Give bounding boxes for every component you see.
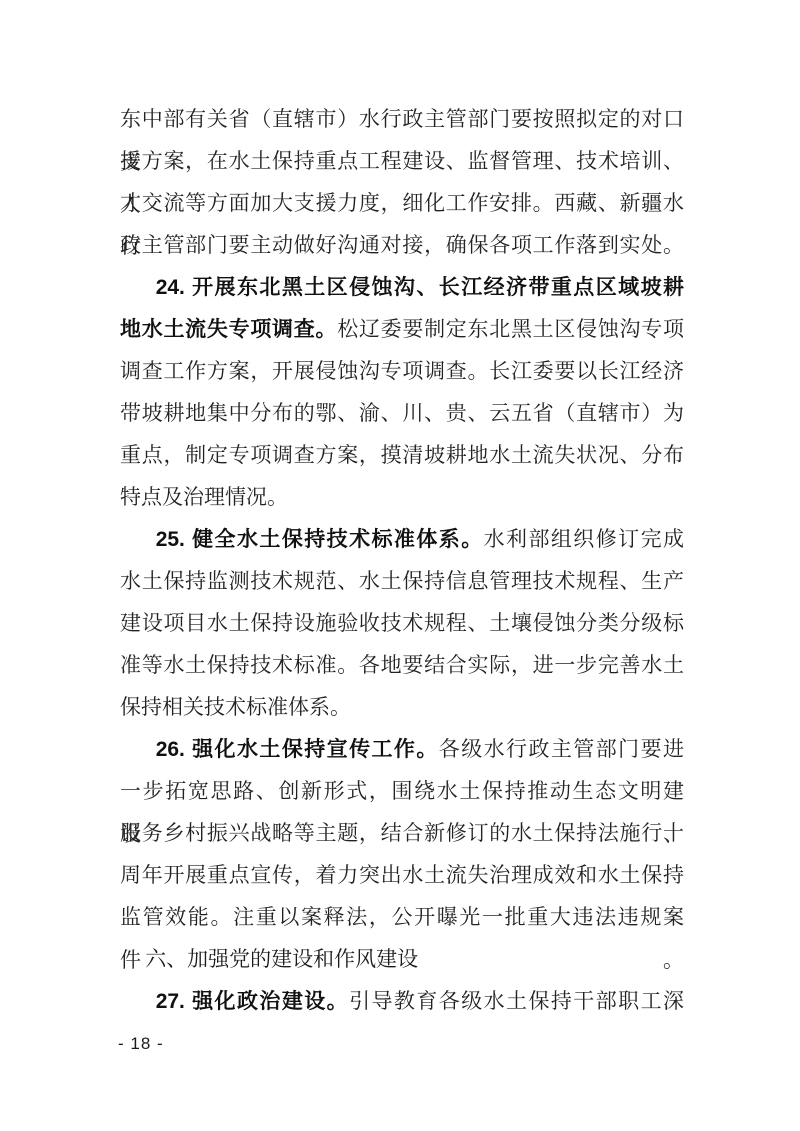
text-line: 一步拓宽思路、创新形式，围绕水土保持推动生态文明建设、 (120, 770, 684, 812)
text-line: 才交流等方面加大支援力度，细化工作安排。西藏、新疆水行 (120, 182, 684, 224)
line-text: 六、加强党的建设和作风建设 (145, 947, 418, 971)
text-line: 水土保持监测技术规范、水土保持信息管理技术规程、生产 (120, 560, 684, 602)
line-text: 重点，制定专项调查方案，摸清坡耕地水土流失状况、分布 (120, 443, 684, 467)
text-line: 东中部有关省（直辖市）水行政主管部门要按照拟定的对口支 (120, 98, 684, 140)
line-text: 保持相关技术标准体系。 (120, 695, 351, 719)
line-text: 引导教育各级水土保持干部职工深 (349, 989, 684, 1013)
line-text: 服务乡村振兴战略等主题，结合新修订的水土保持法施行十 (120, 821, 684, 845)
text-line: 带坡耕地集中分布的鄂、渝、川、贵、云五省（直辖市）为 (120, 392, 684, 434)
line-text: 调查工作方案，开展侵蚀沟专项调查。长江委要以长江经济 (120, 359, 684, 383)
line-text: 水土保持监测技术规范、水土保持信息管理技术规程、生产 (120, 569, 684, 593)
line-text: 松辽委要制定东北黑土区侵蚀沟专项 (337, 317, 684, 341)
line-bold-text: 24. 开展东北黑土区侵蚀沟、长江经济带重点区域坡耕 (156, 276, 684, 299)
item-25-heading-line: 25. 健全水土保持技术标准体系。水利部组织修订完成 (120, 518, 684, 560)
text-line: 准等水土保持技术标准。各地要结合实际，进一步完善水土 (120, 644, 684, 686)
text-line: 服务乡村振兴战略等主题，结合新修订的水土保持法施行十 (120, 812, 684, 854)
line-text: 水利部组织修订完成 (484, 527, 684, 551)
text-line: 援方案，在水土保持重点工程建设、监督管理、技术培训、人 (120, 140, 684, 182)
document-body: 东中部有关省（直辖市）水行政主管部门要按照拟定的对口支 援方案，在水土保持重点工… (120, 98, 684, 1022)
line-bold-text: 25. 健全水土保持技术标准体系。 (156, 528, 484, 551)
line-text: 周年开展重点宣传，着力突出水土流失治理成效和水土保持 (120, 863, 684, 887)
text-line: 调查工作方案，开展侵蚀沟专项调查。长江委要以长江经济 (120, 350, 684, 392)
line-text: 建设项目水土保持设施验收技术规程、土壤侵蚀分类分级标 (120, 611, 684, 635)
line-bold-text: 27. 强化政治建设。 (156, 990, 349, 1013)
text-line: 地水土流失专项调查。松辽委要制定东北黑土区侵蚀沟专项 (120, 308, 684, 350)
text-line: 政主管部门要主动做好沟通对接，确保各项工作落到实处。 (120, 224, 684, 266)
line-text: 特点及治理情况。 (120, 485, 288, 509)
item-26-heading-line: 26. 强化水土保持宣传工作。各级水行政主管部门要进 (120, 728, 684, 770)
text-line: 周年开展重点宣传，着力突出水土流失治理成效和水土保持 (120, 854, 684, 896)
line-text: 准等水土保持技术标准。各地要结合实际，进一步完善水土 (120, 653, 684, 677)
text-line: 特点及治理情况。 (120, 476, 684, 518)
text-line: 保持相关技术标准体系。 (120, 686, 684, 728)
item-24-heading-line: 24. 开展东北黑土区侵蚀沟、长江经济带重点区域坡耕 (120, 266, 684, 308)
text-line: 重点，制定专项调查方案，摸清坡耕地水土流失状况、分布 (120, 434, 684, 476)
text-line: 监管效能。注重以案释法，公开曝光一批重大违法违规案件。 (120, 896, 684, 938)
item-27-heading-line: 27. 强化政治建设。引导教育各级水土保持干部职工深 (120, 980, 684, 1022)
line-bold-text: 地水土流失专项调查。 (120, 318, 337, 341)
line-text: 带坡耕地集中分布的鄂、渝、川、贵、云五省（直辖市）为 (120, 401, 684, 425)
document-page: 东中部有关省（直辖市）水行政主管部门要按照拟定的对口支 援方案，在水土保持重点工… (0, 0, 800, 1131)
line-bold-text: 26. 强化水土保持宣传工作。 (156, 738, 439, 761)
text-line: 建设项目水土保持设施验收技术规程、土壤侵蚀分类分级标 (120, 602, 684, 644)
page-number: - 18 - (118, 1034, 164, 1054)
line-text: 各级水行政主管部门要进 (439, 737, 684, 761)
line-text: 政主管部门要主动做好沟通对接，确保各项工作落到实处。 (120, 233, 684, 257)
